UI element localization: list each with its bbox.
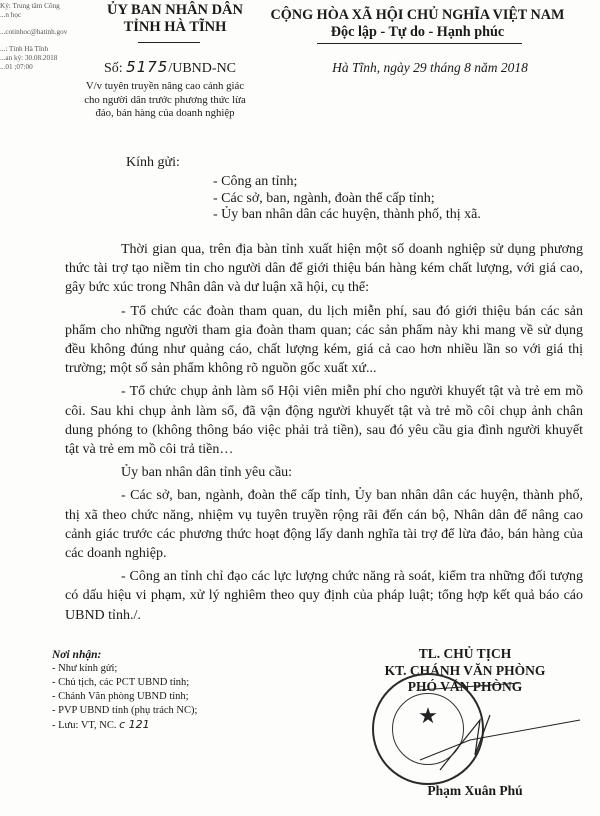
handwritten-signature: [0, 0, 600, 816]
signer-name: Phạm Xuân Phú: [390, 783, 560, 799]
